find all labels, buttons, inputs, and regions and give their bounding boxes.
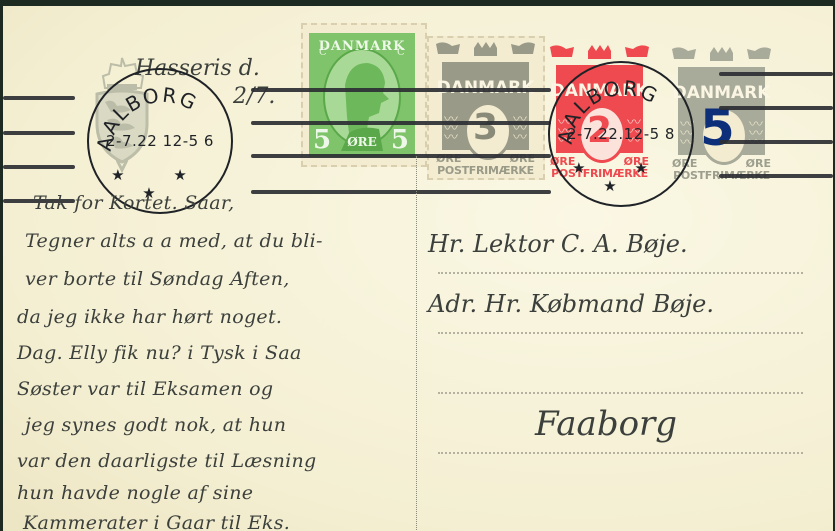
address-rule xyxy=(438,452,803,454)
address-rule xyxy=(438,272,803,274)
stamp-value: 3 xyxy=(434,102,537,154)
message-line: Tak for Kortet. Saar, xyxy=(33,192,234,214)
cancel-bar xyxy=(251,154,551,158)
message-line: Dag. Elly fik nu? i Tysk i Saa xyxy=(17,342,302,364)
address-rule xyxy=(438,392,803,394)
cancel-bar xyxy=(251,190,551,194)
cancel-bar xyxy=(3,165,75,169)
cancel-bar xyxy=(719,72,833,76)
postmark-date: 2-7.22.12-5 8 xyxy=(550,125,692,143)
message-line: var den daarligste til Læsning xyxy=(17,450,317,472)
address-line-2: Adr. Hr. Købmand Bøje. xyxy=(428,290,714,318)
message-line: ver borte til Søndag Aften, xyxy=(25,268,290,290)
message-line: jeg synes godt nok, at hun xyxy=(25,414,286,436)
cancel-bar xyxy=(719,174,833,178)
address-city: Faaborg xyxy=(535,404,677,444)
postmark-stars: ★ ★ ★ xyxy=(550,159,692,195)
postcard: Hasseris d. 2/7. C C DANMARK 5 5 ØRE DAN… xyxy=(3,6,833,531)
cancel-bar xyxy=(719,106,833,110)
cancel-bar xyxy=(3,96,75,100)
lions-crown-icon xyxy=(670,45,773,65)
cancel-bar xyxy=(719,140,833,144)
cancel-bar xyxy=(251,121,551,125)
stamp-country: DANMARK xyxy=(309,39,415,54)
address-line-1: Hr. Lektor C. A. Bøje. xyxy=(428,230,688,258)
postmark-date: 2-7.22 12-5 6 xyxy=(89,132,231,150)
stamp-currency: ØRE xyxy=(309,135,415,149)
lions-crown-icon xyxy=(548,43,651,63)
message-line: Tegner alts a a med, at du bli- xyxy=(25,230,323,252)
address-rule xyxy=(438,332,803,334)
postmark-aalborg-2: AALBORG 2-7.22.12-5 8 ★ ★ ★ xyxy=(548,61,694,207)
christian-x-stamp: C C DANMARK 5 5 ØRE xyxy=(309,33,415,157)
message-line: hun havde nogle af sine xyxy=(17,482,253,504)
stamp-label: POSTFRIMÆRKE xyxy=(434,164,537,177)
card-divider xyxy=(416,156,417,531)
message-line: Søster var til Eksamen og xyxy=(17,378,273,400)
cancel-bar xyxy=(3,131,75,135)
cancel-bar xyxy=(251,88,551,92)
message-line: da jeg ikke har hørt noget. xyxy=(17,306,282,328)
lions-crown-icon xyxy=(434,40,537,60)
message-line: Kammerater i Gaar til Eks. xyxy=(23,512,290,531)
